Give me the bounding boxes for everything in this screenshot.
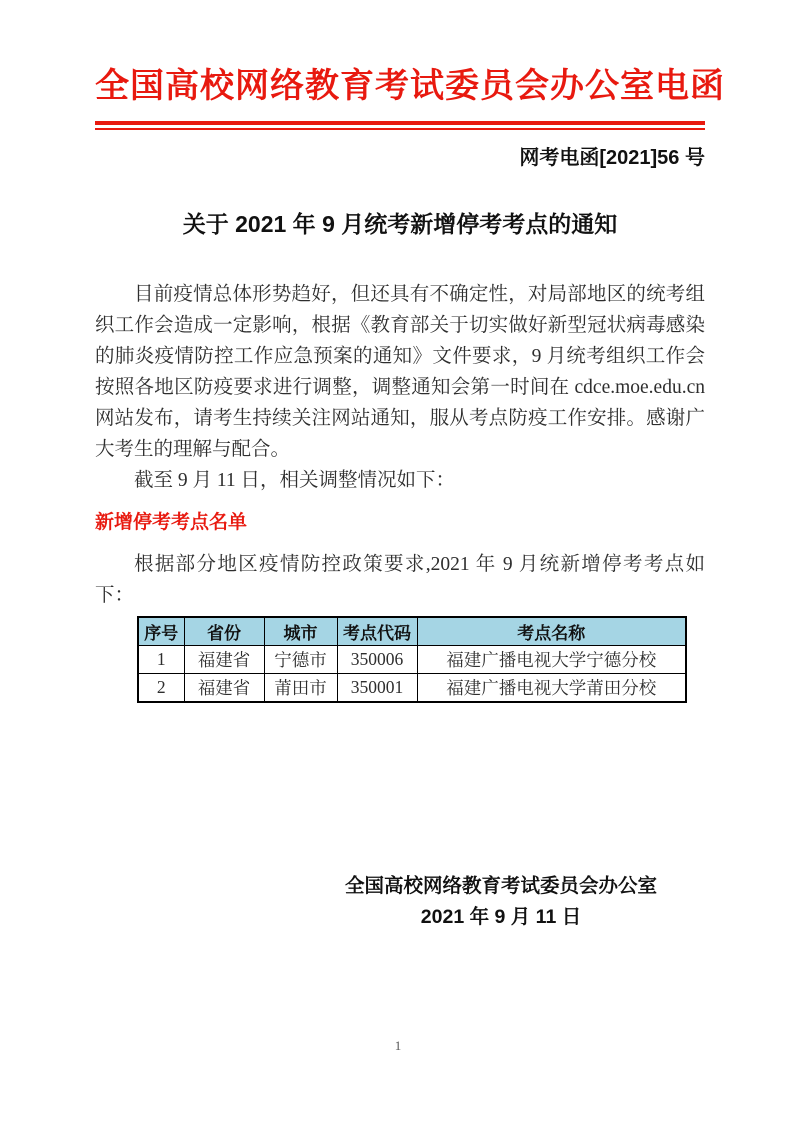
table-header: 序号 省份 城市 考点代码 考点名称	[138, 617, 686, 646]
letterhead-divider-line	[95, 121, 705, 130]
table-header-seq: 序号	[138, 617, 184, 646]
notice-title: 关于 2021 年 9 月统考新增停考考点的通知	[95, 209, 705, 239]
stopped-exam-sites-table: 序号 省份 城市 考点代码 考点名称 1 福建省 宁德市 350006 福建广播…	[137, 616, 687, 703]
pre-table-text: 根据部分地区疫情防控政策要求,2021 年 9 月统新增停考考点如下：	[95, 549, 705, 611]
document-content: 全国高校网络教育考试委员会办公室电函 网考电函[2021]56 号 关于 202…	[0, 66, 796, 933]
cell-city: 宁德市	[264, 646, 337, 674]
cell-seq: 2	[138, 674, 184, 703]
body-paragraph-2: 截至 9 月 11 日，相关调整情况如下：	[95, 465, 705, 496]
cell-province: 福建省	[184, 646, 264, 674]
body-paragraph-1: 目前疫情总体形势趋好，但还具有不确定性，对局部地区的统考组织工作会造成一定影响，…	[95, 279, 705, 465]
body-paragraph-3: 根据部分地区疫情防控政策要求,2021 年 9 月统新增停考考点如下：	[95, 549, 705, 611]
section-heading-new-stopped-sites: 新增停考考点名单	[95, 510, 705, 536]
cell-site-code: 350006	[337, 646, 417, 674]
table-header-city: 城市	[264, 617, 337, 646]
table-header-province: 省份	[184, 617, 264, 646]
signature-organization: 全国高校网络教育考试委员会办公室	[345, 871, 657, 902]
table-row: 1 福建省 宁德市 350006 福建广播电视大学宁德分校	[138, 646, 686, 674]
table-header-site-name: 考点名称	[417, 617, 686, 646]
signature-block: 全国高校网络教育考试委员会办公室 2021 年 9 月 11 日	[345, 871, 657, 933]
cell-site-code: 350001	[337, 674, 417, 703]
cell-city: 莆田市	[264, 674, 337, 703]
cell-site-name: 福建广播电视大学莆田分校	[417, 674, 686, 703]
signature-date: 2021 年 9 月 11 日	[345, 902, 657, 933]
table-body: 1 福建省 宁德市 350006 福建广播电视大学宁德分校 2 福建省 莆田市 …	[138, 646, 686, 703]
document-page: 全国高校网络教育考试委员会办公室电函 网考电函[2021]56 号 关于 202…	[0, 0, 796, 1123]
page-number: 1	[0, 1038, 796, 1054]
document-number: 网考电函[2021]56 号	[95, 141, 705, 170]
table-header-site-code: 考点代码	[337, 617, 417, 646]
letterhead-title: 全国高校网络教育考试委员会办公室电函	[95, 66, 705, 106]
cell-province: 福建省	[184, 674, 264, 703]
table-row: 2 福建省 莆田市 350001 福建广播电视大学莆田分校	[138, 674, 686, 703]
notice-body: 目前疫情总体形势趋好，但还具有不确定性，对局部地区的统考组织工作会造成一定影响，…	[95, 279, 705, 496]
cell-site-name: 福建广播电视大学宁德分校	[417, 646, 686, 674]
cell-seq: 1	[138, 646, 184, 674]
table-header-row: 序号 省份 城市 考点代码 考点名称	[138, 617, 686, 646]
